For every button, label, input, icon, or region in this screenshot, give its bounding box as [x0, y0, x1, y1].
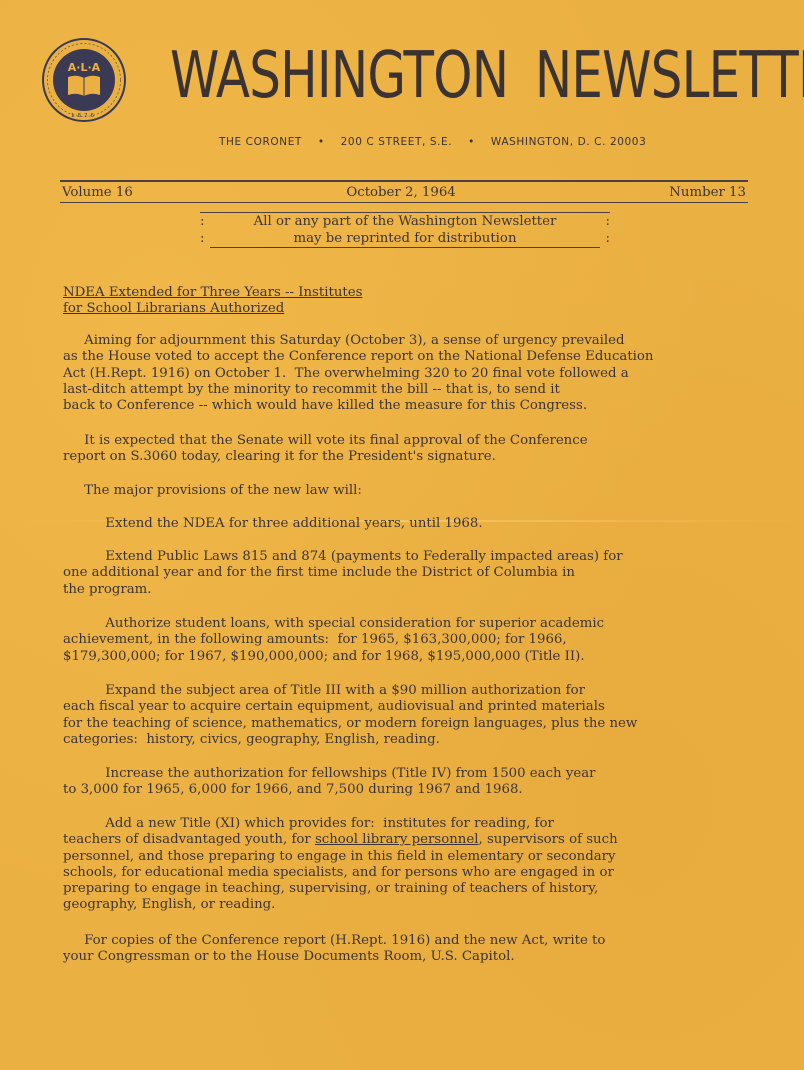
provision-extend-ndea: Extend the NDEA for three additional yea… — [63, 516, 763, 532]
address-street: 200 C STREET, S.E. — [341, 136, 453, 148]
provision-title-iii: Expand the subject area of Title III wit… — [63, 683, 763, 748]
notice-line-1: All or any part of the Washington Newsle… — [204, 213, 605, 230]
title-word-newsletter: NEWSLETTER — [535, 39, 804, 113]
issue-number: Number 13 — [667, 184, 748, 201]
notice-bracket-left: : — [200, 230, 204, 248]
issue-info-bar: Volume 16 October 2, 1964 Number 13 — [60, 180, 748, 203]
volume-label: Volume 16 — [60, 184, 135, 201]
notice-bracket-right: : — [606, 230, 610, 248]
provision-fellowships: Increase the authorization for fellowshi… — [63, 766, 763, 799]
paragraph-adjournment: Aiming for adjournment this Saturday (Oc… — [63, 333, 763, 414]
reprint-notice: : All or any part of the Washington News… — [200, 212, 610, 248]
provision-title-xi: Add a new Title (XI) which provides for:… — [63, 816, 763, 914]
provision-student-loans: Authorize student loans, with special co… — [63, 616, 763, 665]
paragraph-copies-info: For copies of the Conference report (H.R… — [63, 933, 763, 966]
paragraph-provisions-intro: The major provisions of the new law will… — [63, 483, 763, 499]
svg-text:1876: 1876 — [71, 113, 97, 119]
issue-date: October 2, 1964 — [344, 184, 457, 201]
notice-bracket-right: : — [606, 213, 610, 230]
ala-seal-icon: A·L·A 1876 — [41, 37, 127, 123]
provision-public-laws: Extend Public Laws 815 and 874 (payments… — [63, 549, 763, 598]
address-building: THE CORONET — [219, 136, 302, 148]
headline-line-1: NDEA Extended for Three Years -- Institu… — [63, 285, 362, 301]
address-line: THE CORONET • 200 C STREET, S.E. • WASHI… — [219, 136, 699, 148]
bullet-separator: • — [468, 136, 475, 148]
bullet-separator: • — [318, 136, 325, 148]
address-city: WASHINGTON, D. C. 20003 — [491, 136, 646, 148]
paragraph-senate-vote: It is expected that the Senate will vote… — [63, 433, 763, 466]
headline-line-2: for School Librarians Authorized — [63, 301, 362, 317]
notice-line-2: may be reprinted for distribution — [210, 230, 599, 248]
svg-text:A·L·A: A·L·A — [68, 61, 101, 74]
article-headline: NDEA Extended for Three Years -- Institu… — [63, 285, 362, 317]
title-word-washington: WASHINGTON — [170, 39, 508, 113]
newsletter-title: WASHINGTONNEWSLETTER — [170, 34, 622, 118]
school-library-personnel-underline: school library personnel — [315, 832, 479, 847]
